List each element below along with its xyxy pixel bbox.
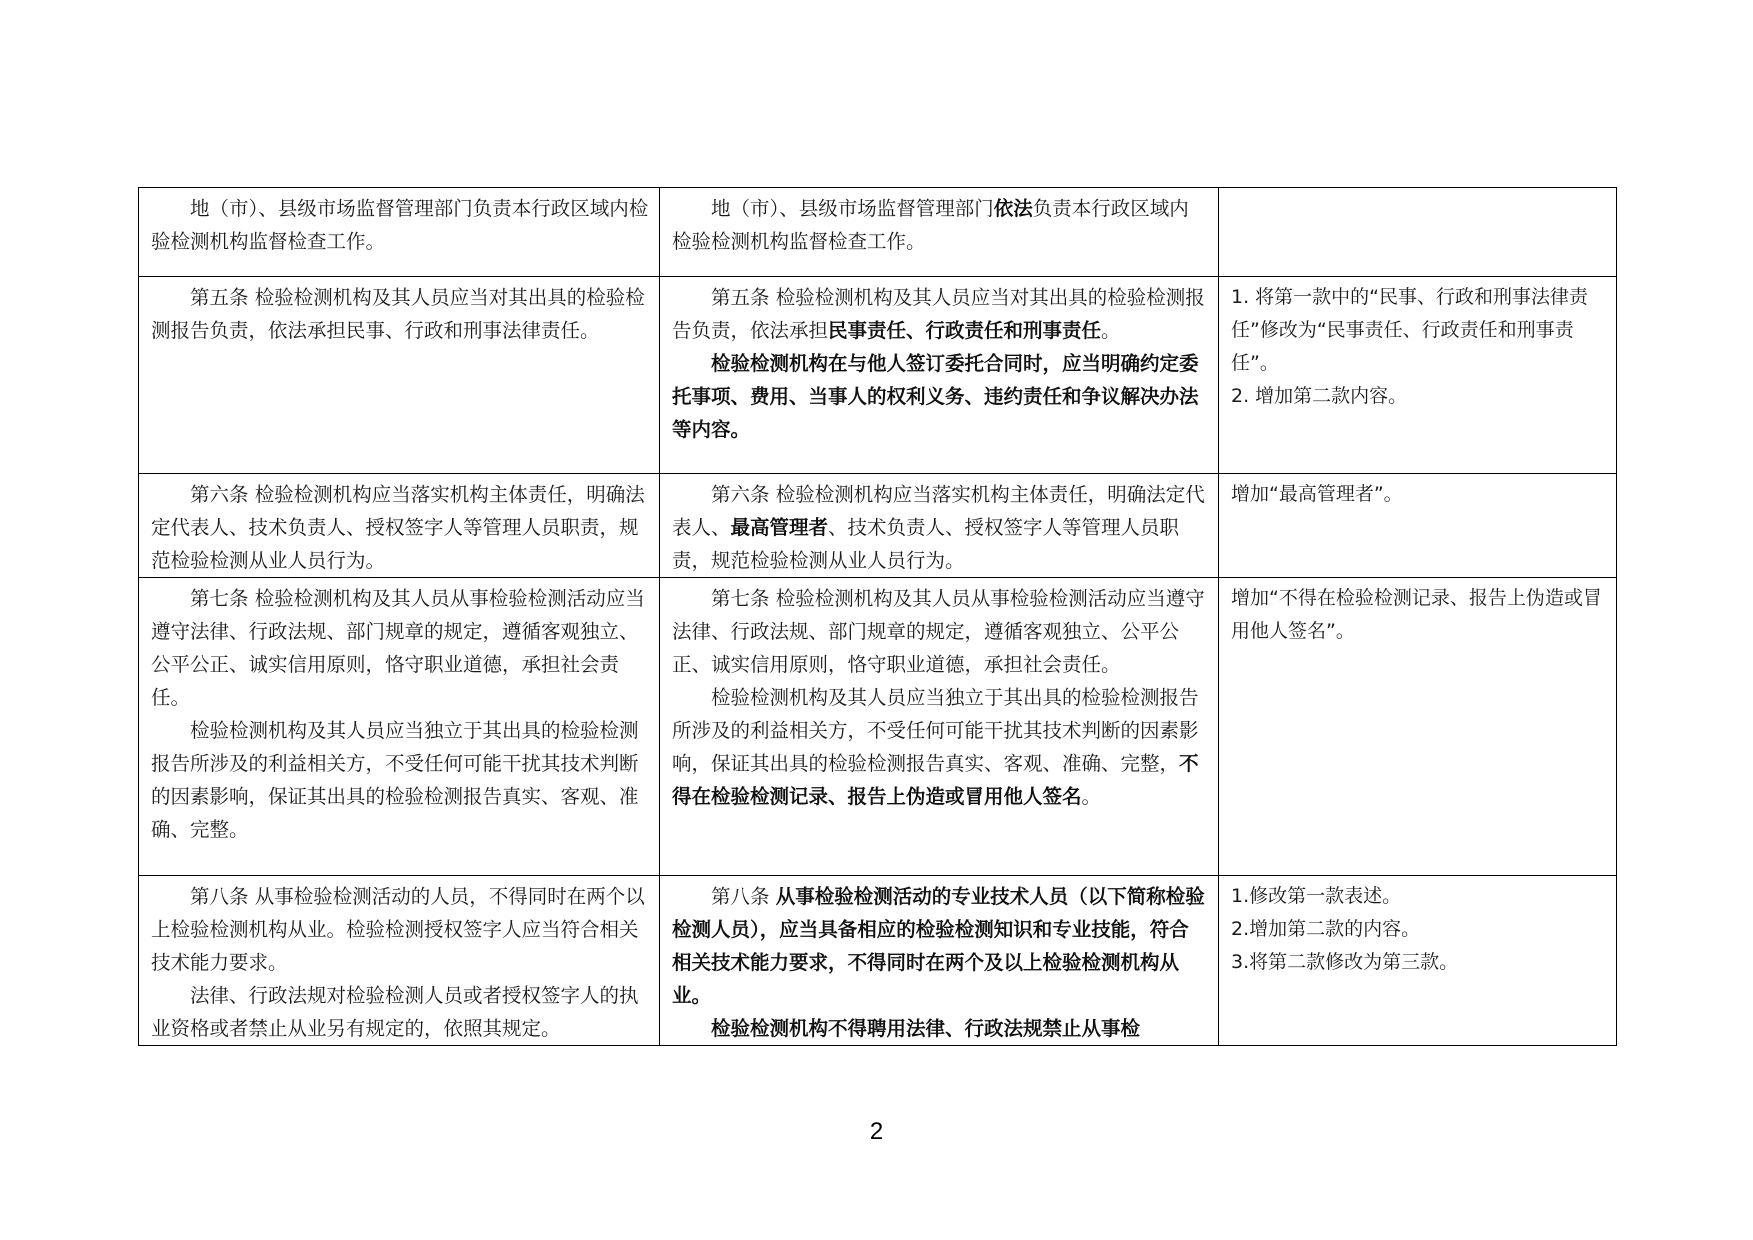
revision-note: 增加“不得在检验检测记录、报告上伪造或冒用他人签名”。 (1231, 582, 1606, 648)
revised-text-cell: 地（市）、县级市场监督管理部门依法负责本行政区域内检验检测机构监督检查工作。 (660, 188, 1219, 277)
revision-note-cell (1219, 188, 1617, 277)
revision-note: 2. 增加第二款内容。 (1231, 380, 1606, 413)
revision-note-cell: 增加“最高管理者”。 (1219, 474, 1617, 578)
revised-paragraph: 第五条 检验检测机构及其人员应当对其出具的检验检测报告负责，依法承担民事责任、行… (672, 281, 1208, 347)
table-row: 第六条 检验检测机构应当落实机构主体责任，明确法定代表人、技术负责人、授权签字人… (139, 474, 1617, 578)
text-segment: 。 (1101, 319, 1121, 342)
original-paragraph: 第七条 检验检测机构及其人员从事检验检测活动应当遵守法律、行政法规、部门规章的规… (151, 582, 649, 714)
original-paragraph: 法律、行政法规对检验检测人员或者授权签字人的执业资格或者禁止从业另有规定的，依照… (151, 979, 649, 1045)
revision-note: 1.修改第一款表述。 (1231, 880, 1606, 913)
amended-text: 最高管理者 (731, 516, 829, 539)
text-segment: 检验检测机构及其人员应当独立于其出具的检验检测报告所涉及的利益相关方，不受任何可… (672, 686, 1199, 775)
original-text-cell: 地（市）、县级市场监督管理部门负责本行政区域内检验检测机构监督检查工作。 (139, 188, 660, 277)
original-paragraph: 检验检测机构及其人员应当独立于其出具的检验检测报告所涉及的利益相关方，不受任何可… (151, 714, 649, 846)
original-paragraph: 第六条 检验检测机构应当落实机构主体责任，明确法定代表人、技术负责人、授权签字人… (151, 478, 649, 577)
revision-note-cell: 1.修改第一款表述。2.增加第二款的内容。3.将第二款修改为第三款。 (1219, 876, 1617, 1046)
revision-note: 增加“最高管理者”。 (1231, 478, 1606, 511)
revision-note: 3.将第二款修改为第三款。 (1231, 946, 1606, 979)
revision-note-cell: 1. 将第一款中的“民事、行政和刑事法律责任”修改为“民事责任、行政责任和刑事责… (1219, 277, 1617, 474)
amended-text: 检验检测机构不得聘用法律、行政法规禁止从事检 (711, 1017, 1140, 1040)
text-segment: 第五条 检验检测机构及其人员应当对其出具的检验检测报告负责，依法承担民事、行政和… (151, 286, 645, 342)
revision-note-cell: 增加“不得在检验检测记录、报告上伪造或冒用他人签名”。 (1219, 578, 1617, 876)
table-row: 第七条 检验检测机构及其人员从事检验检测活动应当遵守法律、行政法规、部门规章的规… (139, 578, 1617, 876)
revised-text-cell: 第八条 从事检验检测活动的专业技术人员（以下简称检验检测人员），应当具备相应的检… (660, 876, 1219, 1046)
original-paragraph: 第五条 检验检测机构及其人员应当对其出具的检验检测报告负责，依法承担民事、行政和… (151, 281, 649, 347)
original-text-cell: 第七条 检验检测机构及其人员从事检验检测活动应当遵守法律、行政法规、部门规章的规… (139, 578, 660, 876)
revised-paragraph: 地（市）、县级市场监督管理部门依法负责本行政区域内检验检测机构监督检查工作。 (672, 192, 1208, 258)
text-segment: 第八条 从事检验检测活动的人员，不得同时在两个以上检验检测机构从业。检验检测授权… (151, 885, 645, 974)
original-paragraph: 第八条 从事检验检测活动的人员，不得同时在两个以上检验检测机构从业。检验检测授权… (151, 880, 649, 979)
revision-note: 2.增加第二款的内容。 (1231, 913, 1606, 946)
table-row: 地（市）、县级市场监督管理部门负责本行政区域内检验检测机构监督检查工作。 地（市… (139, 188, 1617, 277)
table-row: 第八条 从事检验检测活动的人员，不得同时在两个以上检验检测机构从业。检验检测授权… (139, 876, 1617, 1046)
original-text-cell: 第五条 检验检测机构及其人员应当对其出具的检验检测报告负责，依法承担民事、行政和… (139, 277, 660, 474)
text-segment: 地（市）、县级市场监督管理部门负责本行政区域内检验检测机构监督检查工作。 (151, 197, 648, 253)
text-segment: 第七条 检验检测机构及其人员从事检验检测活动应当遵守法律、行政法规、部门规章的规… (151, 587, 645, 709)
revised-text-cell: 第七条 检验检测机构及其人员从事检验检测活动应当遵守法律、行政法规、部门规章的规… (660, 578, 1219, 876)
original-text-cell: 第六条 检验检测机构应当落实机构主体责任，明确法定代表人、技术负责人、授权签字人… (139, 474, 660, 578)
revised-paragraph: 检验检测机构不得聘用法律、行政法规禁止从事检 (672, 1012, 1208, 1045)
revised-text-cell: 第六条 检验检测机构应当落实机构主体责任，明确法定代表人、最高管理者、技术负责人… (660, 474, 1219, 578)
text-segment: 法律、行政法规对检验检测人员或者授权签字人的执业资格或者禁止从业另有规定的，依照… (151, 984, 639, 1040)
amended-text: 依法 (994, 197, 1033, 220)
original-text-cell: 第八条 从事检验检测活动的人员，不得同时在两个以上检验检测机构从业。检验检测授权… (139, 876, 660, 1046)
revised-paragraph: 检验检测机构及其人员应当独立于其出具的检验检测报告所涉及的利益相关方，不受任何可… (672, 681, 1208, 813)
revised-paragraph: 第七条 检验检测机构及其人员从事检验检测活动应当遵守法律、行政法规、部门规章的规… (672, 582, 1208, 681)
revised-paragraph: 第六条 检验检测机构应当落实机构主体责任，明确法定代表人、最高管理者、技术负责人… (672, 478, 1208, 577)
original-paragraph: 地（市）、县级市场监督管理部门负责本行政区域内检验检测机构监督检查工作。 (151, 192, 649, 258)
table-row: 第五条 检验检测机构及其人员应当对其出具的检验检测报告负责，依法承担民事、行政和… (139, 277, 1617, 474)
comparison-table-body: 地（市）、县级市场监督管理部门负责本行政区域内检验检测机构监督检查工作。 地（市… (139, 188, 1617, 1046)
amended-text: 检验检测机构在与他人签订委托合同时，应当明确约定委托事项、费用、当事人的权利义务… (672, 352, 1199, 441)
text-segment: 第八条 (711, 885, 776, 908)
revised-paragraph: 第八条 从事检验检测活动的专业技术人员（以下简称检验检测人员），应当具备相应的检… (672, 880, 1208, 1012)
text-segment: 。 (1082, 785, 1102, 808)
revision-note: 1. 将第一款中的“民事、行政和刑事法律责任”修改为“民事责任、行政责任和刑事责… (1231, 281, 1606, 380)
amended-text: 民事责任、行政责任和刑事责任 (828, 319, 1101, 342)
revised-paragraph: 检验检测机构在与他人签订委托合同时，应当明确约定委托事项、费用、当事人的权利义务… (672, 347, 1208, 446)
page-number: 2 (0, 1118, 1753, 1146)
text-segment: 第七条 检验检测机构及其人员从事检验检测活动应当遵守法律、行政法规、部门规章的规… (672, 587, 1205, 676)
revised-text-cell: 第五条 检验检测机构及其人员应当对其出具的检验检测报告负责，依法承担民事责任、行… (660, 277, 1219, 474)
text-segment: 地（市）、县级市场监督管理部门 (711, 197, 994, 220)
text-segment: 检验检测机构及其人员应当独立于其出具的检验检测报告所涉及的利益相关方，不受任何可… (151, 719, 639, 841)
text-segment: 第六条 检验检测机构应当落实机构主体责任，明确法定代表人、技术负责人、授权签字人… (151, 483, 645, 572)
document-page: 地（市）、县级市场监督管理部门负责本行政区域内检验检测机构监督检查工作。 地（市… (0, 0, 1753, 1240)
comparison-table: 地（市）、县级市场监督管理部门负责本行政区域内检验检测机构监督检查工作。 地（市… (138, 187, 1617, 1046)
